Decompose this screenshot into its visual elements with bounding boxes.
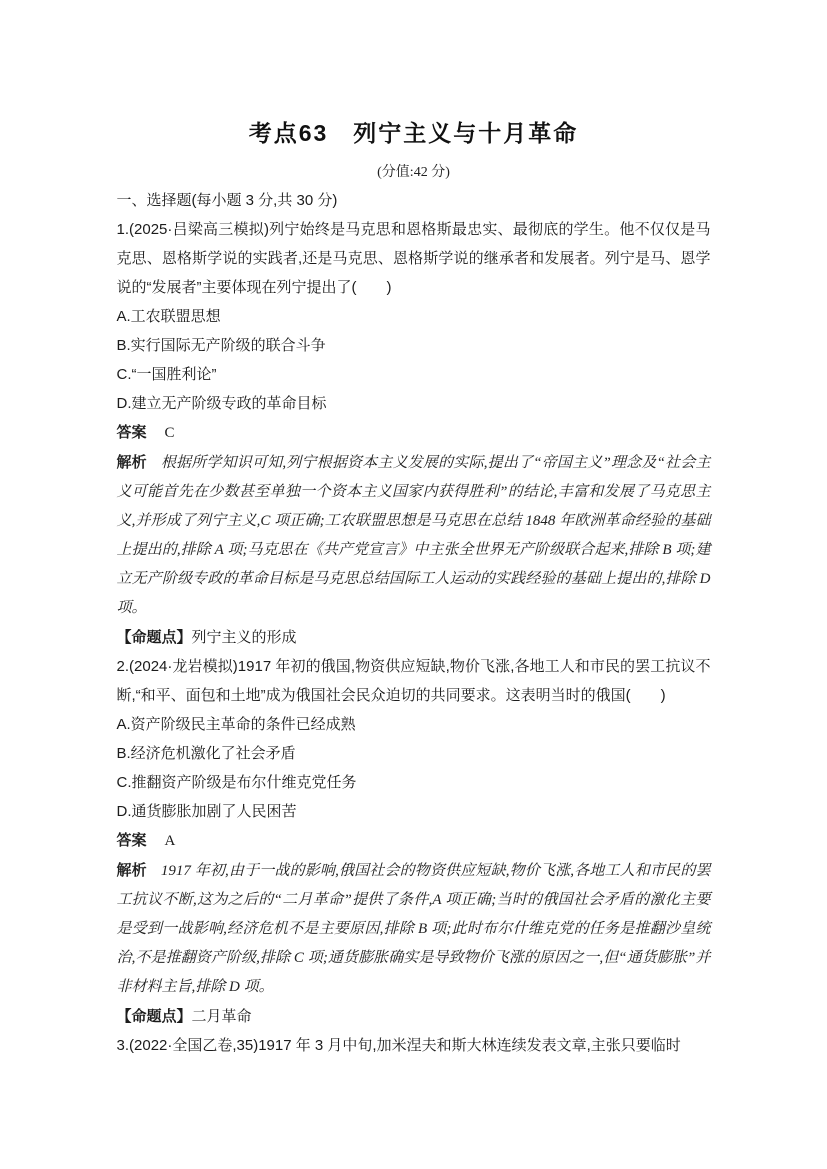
question-block-3: 3.(2022·全国乙卷,35)1917 年 3 月中旬,加米涅夫和斯大林连续发… [117, 1031, 711, 1060]
analysis-label: 解析 [117, 454, 147, 471]
option-item: A.资产阶级民主革命的条件已经成熟 [117, 710, 711, 739]
answer-label: 答案 [117, 424, 147, 441]
analysis-text: 1917 年初,由于一战的影响,俄国社会的物资供应短缺,物价飞涨,各地工人和市民… [117, 863, 711, 995]
question-block-2: 2.(2024·龙岩模拟)1917 年初的俄国,物资供应短缺,物价飞涨,各地工人… [117, 652, 711, 1031]
option-item: C.推翻资产阶级是布尔什维克党任务 [117, 768, 711, 797]
option-item: B.经济危机激化了社会矛盾 [117, 739, 711, 768]
question-stem: 2.(2024·龙岩模拟)1917 年初的俄国,物资供应短缺,物价飞涨,各地工人… [117, 652, 711, 710]
point-label: 【命题点】 [117, 629, 192, 646]
analysis-label: 解析 [117, 862, 147, 879]
answer-label: 答案 [117, 832, 147, 849]
point-text: 列宁主义的形成 [192, 629, 297, 646]
option-item: C.“一国胜利论” [117, 360, 711, 389]
point-line: 【命题点】列宁主义的形成 [117, 623, 711, 652]
option-item: D.通货膨胀加剧了人民困苦 [117, 797, 711, 826]
answer-value: C [165, 425, 175, 441]
analysis-paragraph: 解析1917 年初,由于一战的影响,俄国社会的物资供应短缺,物价飞涨,各地工人和… [117, 856, 711, 1002]
analysis-text: 根据所学知识可知,列宁根据资本主义发展的实际,提出了“帝国主义”理念及“社会主义… [117, 455, 711, 616]
document-page: 考点63 列宁主义与十月革命 (分值:42 分) 一、选择题(每小题 3 分,共… [117, 0, 711, 1060]
page-title: 考点63 列宁主义与十月革命 [117, 116, 711, 150]
question-stem: 1.(2025·吕梁高三模拟)列宁始终是马克思和恩格斯最忠实、最彻底的学生。他不… [117, 215, 711, 302]
point-text: 二月革命 [192, 1008, 252, 1025]
analysis-paragraph: 解析根据所学知识可知,列宁根据资本主义发展的实际,提出了“帝国主义”理念及“社会… [117, 448, 711, 623]
point-line: 【命题点】二月革命 [117, 1002, 711, 1031]
point-label: 【命题点】 [117, 1008, 192, 1025]
question-block-1: 1.(2025·吕梁高三模拟)列宁始终是马克思和恩格斯最忠实、最彻底的学生。他不… [117, 215, 711, 652]
question-stem: 3.(2022·全国乙卷,35)1917 年 3 月中旬,加米涅夫和斯大林连续发… [117, 1031, 711, 1060]
score-note: (分值:42 分) [117, 162, 711, 184]
answer-line: 答案C [117, 418, 711, 448]
option-item: A.工农联盟思想 [117, 302, 711, 331]
answer-line: 答案A [117, 826, 711, 856]
section-heading: 一、选择题(每小题 3 分,共 30 分) [117, 186, 711, 215]
answer-value: A [165, 833, 176, 849]
option-item: D.建立无产阶级专政的革命目标 [117, 389, 711, 418]
option-item: B.实行国际无产阶级的联合斗争 [117, 331, 711, 360]
